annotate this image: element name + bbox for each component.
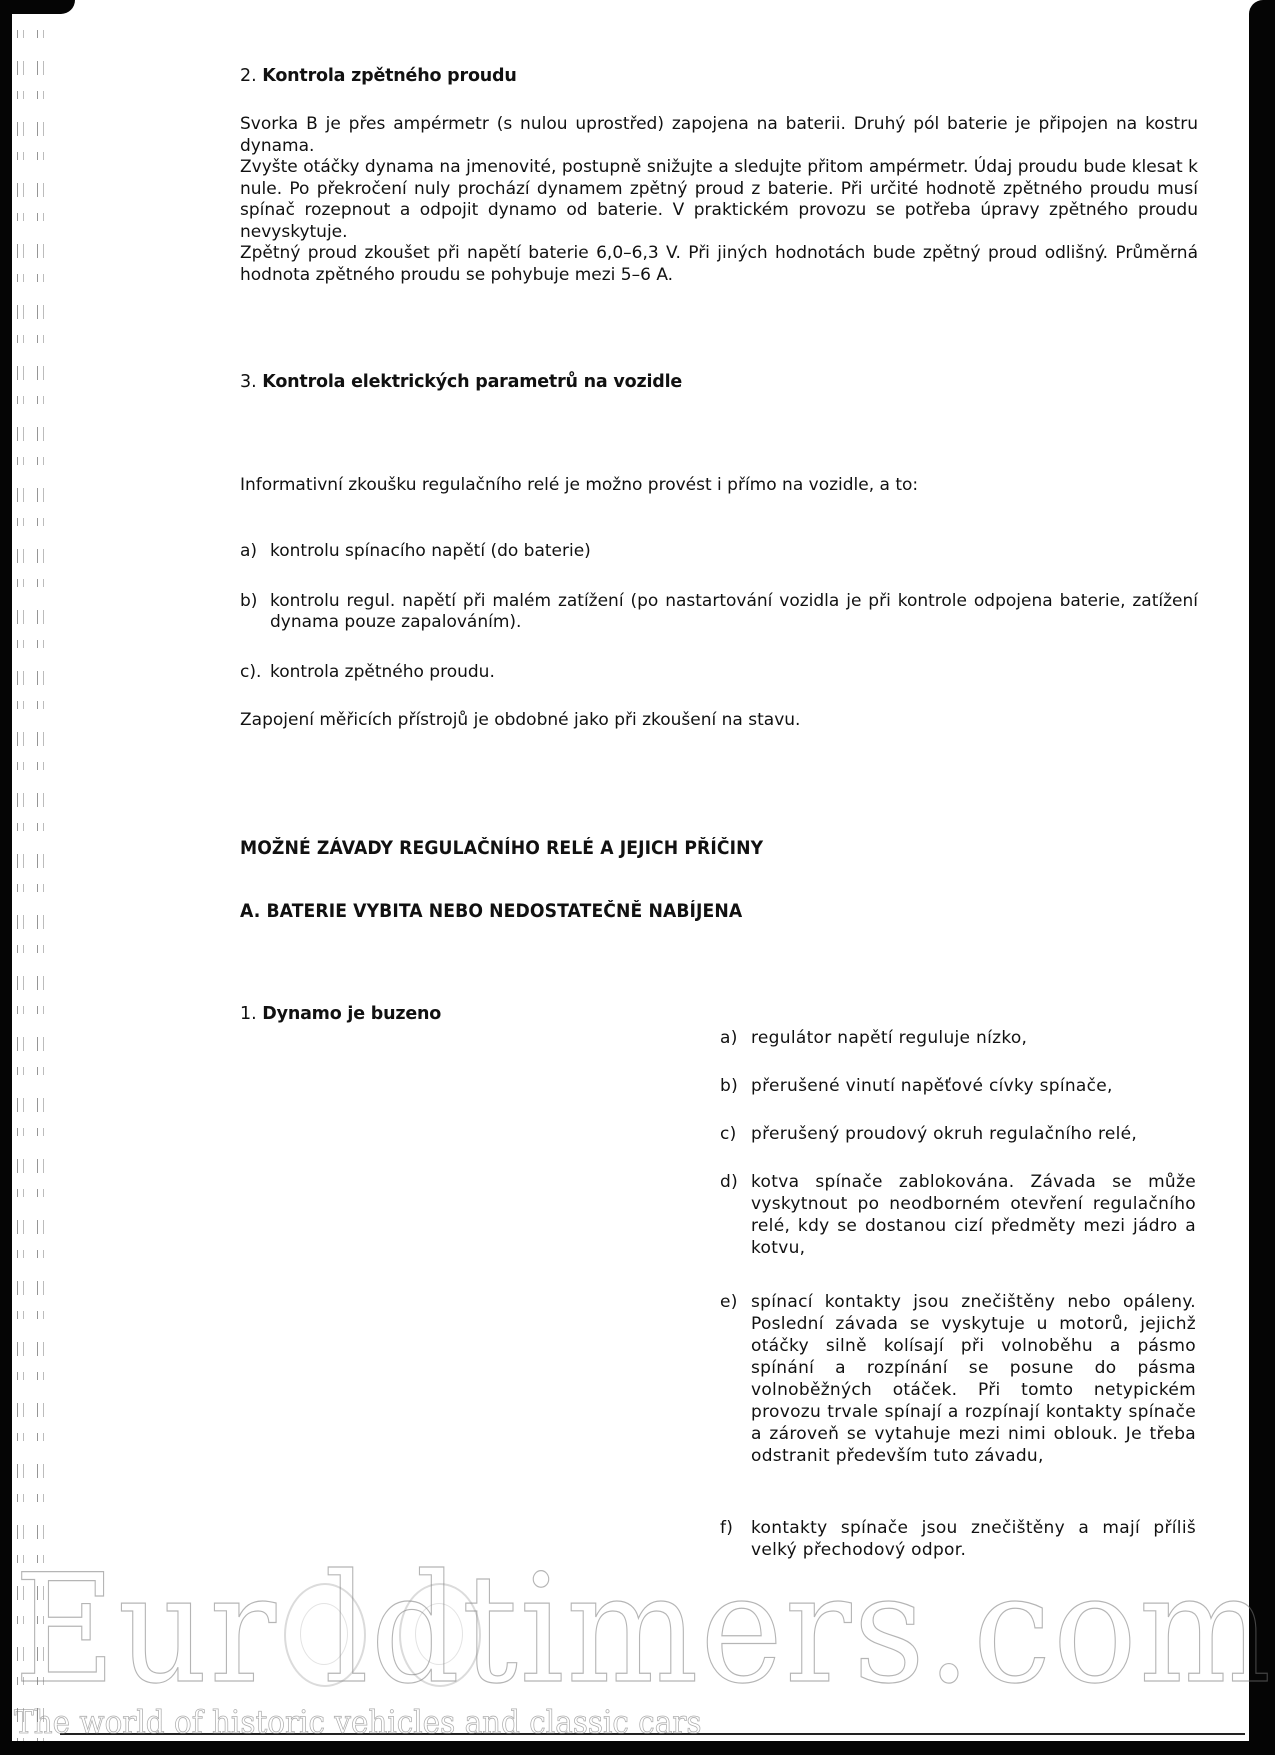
cause-item: e)spínací kontakty jsou znečištěny nebo … <box>720 1291 1196 1467</box>
faults-subtitle: A. BATERIE VYBITA NEBO NEDOSTATEČNĚ NABÍ… <box>240 901 742 922</box>
watermark-logo-text: Eur ldtimers.com <box>14 1555 1273 1705</box>
cause-marker: e) <box>720 1291 751 1313</box>
section-3-heading: 3. Kontrola elektrických parametrů na vo… <box>240 372 682 392</box>
paragraph: Zvyšte otáčky dynama na jmenovité, postu… <box>240 157 1198 243</box>
faults-title: MOŽNÉ ZÁVADY REGULAČNÍHO RELÉ A JEJICH P… <box>240 838 763 859</box>
section-title: Kontrola elektrických parametrů na vozid… <box>262 372 682 392</box>
cause-item: d)kotva spínače zablokována. Závada se m… <box>720 1171 1196 1259</box>
scan-left-border <box>0 0 12 1755</box>
scan-right-border <box>1249 0 1275 1755</box>
scan-bottom-rule <box>60 1733 1245 1735</box>
list-text: kontrola zpětného proudu. <box>270 662 495 682</box>
cause-text: kontakty spínače jsou znečištěny a mají … <box>751 1518 1196 1560</box>
list-item: a)kontrolu spínacího napětí (do baterie) <box>240 541 1198 562</box>
scan-left-noise <box>12 0 48 1755</box>
list-item: b)kontrolu regul. napětí při malém zatíž… <box>240 591 1198 633</box>
list-text: kontrolu spínacího napětí (do baterie) <box>270 541 591 561</box>
cause-item: a)regulátor napětí reguluje nízko, <box>720 1027 1196 1049</box>
section-2-body: Svorka B je přes ampérmetr (s nulou upro… <box>240 114 1198 286</box>
paragraph: Svorka B je přes ampérmetr (s nulou upro… <box>240 114 1198 157</box>
cause-text: regulátor napětí reguluje nízko, <box>751 1028 1027 1048</box>
section-3-intro: Informativní zkoušku regulačního relé je… <box>240 475 1198 497</box>
cause-text: spínací kontakty jsou znečištěny nebo op… <box>751 1292 1196 1466</box>
paragraph: Zpětný proud zkoušet při napětí baterie … <box>240 243 1198 286</box>
cause-marker: b) <box>720 1075 751 1097</box>
cause-item: f)kontakty spínače jsou znečištěny a maj… <box>720 1517 1196 1561</box>
cause-marker: f) <box>720 1517 751 1539</box>
list-item: c).kontrola zpětného proudu. <box>240 662 1198 683</box>
cause-marker: d) <box>720 1171 751 1193</box>
list-text: kontrolu regul. napětí při malém zatížen… <box>270 591 1198 632</box>
cause-marker: c) <box>720 1123 751 1145</box>
watermark: Eur ldtimers.com The world of historic v… <box>14 1555 1244 1745</box>
cause-item: b)přerušené vinutí napěťové cívky spínač… <box>720 1075 1196 1097</box>
scan-corner <box>0 0 75 14</box>
fault-group-heading: 1. Dynamo je buzeno <box>240 1004 441 1024</box>
list-marker: b) <box>240 591 270 612</box>
group-title: Dynamo je buzeno <box>262 1004 441 1024</box>
wheel-logo-icon <box>284 1583 366 1687</box>
group-number: 1. <box>240 1004 257 1024</box>
wheel-logo-icon <box>399 1583 481 1687</box>
cause-text: přerušený proudový okruh regulačního rel… <box>751 1124 1137 1144</box>
cause-item: c)přerušený proudový okruh regulačního r… <box>720 1123 1196 1145</box>
list-marker: c). <box>240 662 270 683</box>
cause-text: přerušené vinutí napěťové cívky spínače, <box>751 1076 1113 1096</box>
section-number: 2. <box>240 66 257 86</box>
section-2-heading: 2. Kontrola zpětného proudu <box>240 66 517 86</box>
cause-text: kotva spínače zablokována. Závada se můž… <box>751 1172 1196 1258</box>
scan-bottom-border <box>0 1741 1275 1755</box>
cause-marker: a) <box>720 1027 751 1049</box>
section-number: 3. <box>240 372 257 392</box>
list-marker: a) <box>240 541 270 562</box>
section-title: Kontrola zpětného proudu <box>262 66 516 86</box>
section-3-outro: Zapojení měřicích přístrojů je obdobné j… <box>240 710 1198 732</box>
